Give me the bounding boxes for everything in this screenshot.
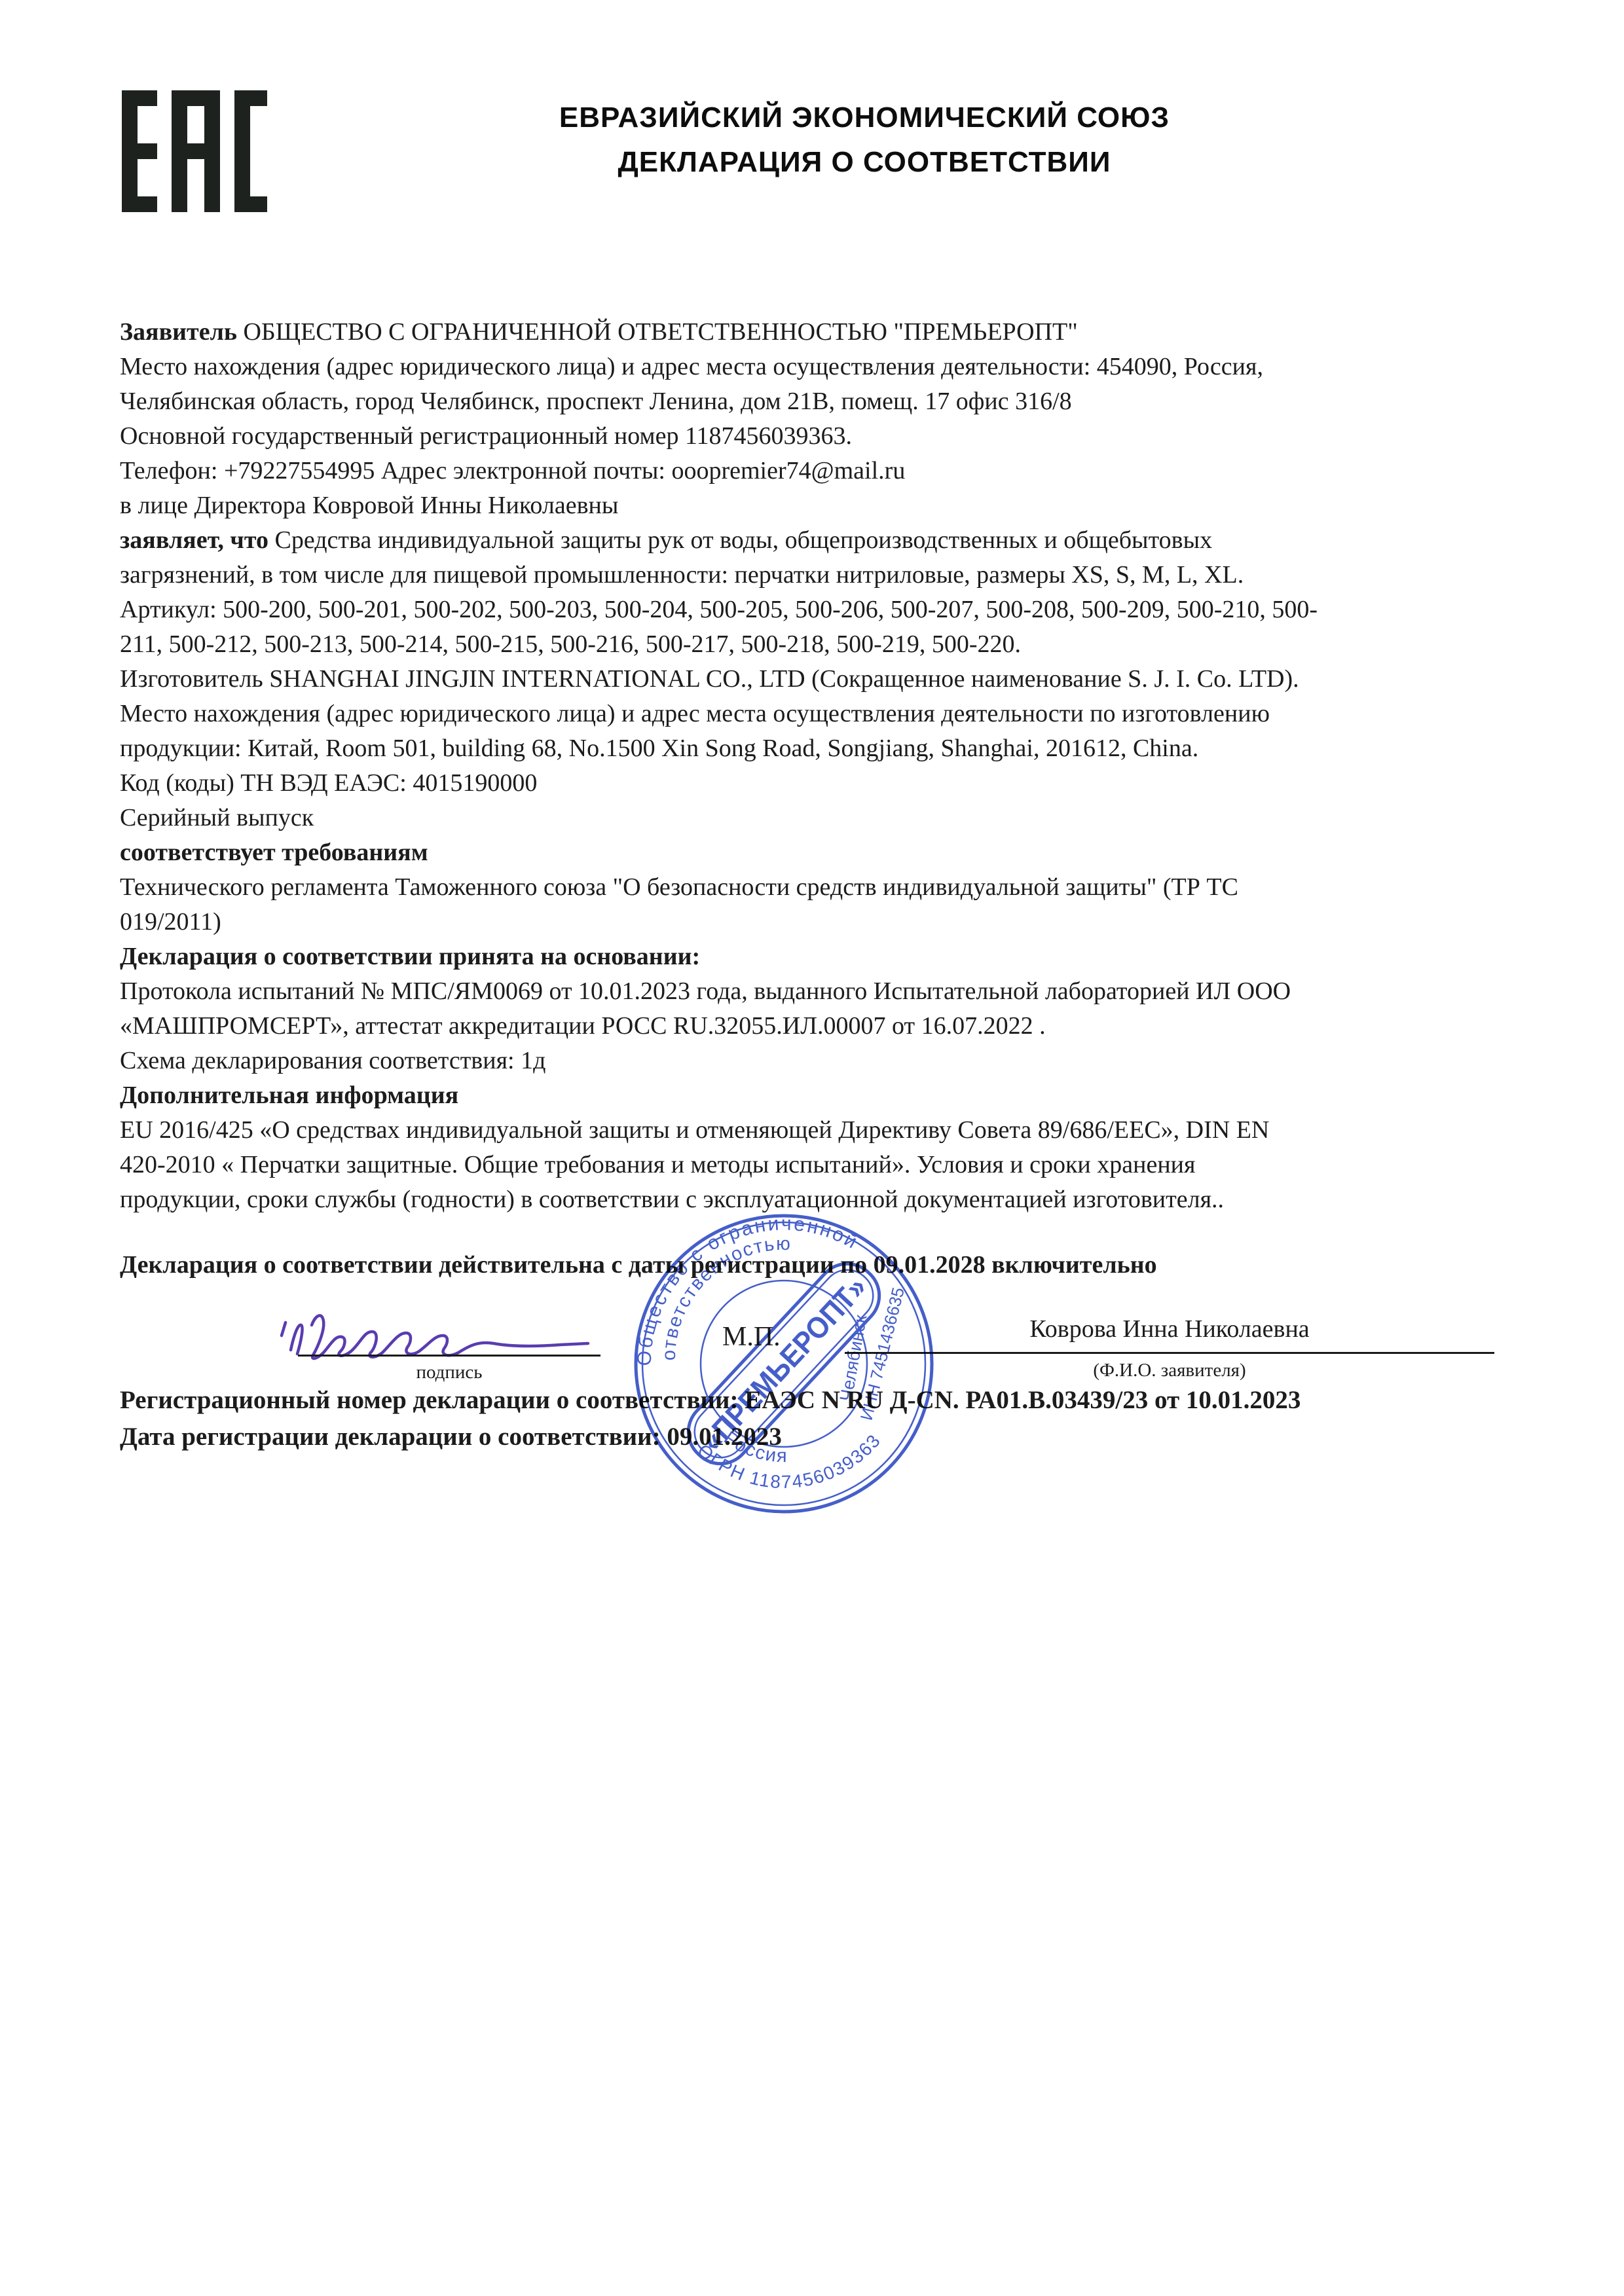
document-line: Декларация о соответствии принята на осн…	[120, 939, 1547, 974]
eac-mark-icon	[122, 90, 267, 212]
document-text: «МАШПРОМСЕРТ», аттестат аккредитации РОС…	[120, 1012, 1046, 1040]
document-line: Серийный выпуск	[120, 801, 1547, 835]
document-text: Код (коды) ТН ВЭД ЕАЭС: 4015190000	[120, 769, 537, 797]
document-line: продукции: Китай, Room 501, building 68,…	[120, 731, 1547, 766]
document-text-bold: соответствует требованиям	[120, 839, 428, 866]
document-text: 211, 500-212, 500-213, 500-214, 500-215,…	[120, 630, 1021, 658]
document-text: Технического регламента Таможенного союз…	[120, 873, 1238, 901]
signature-line	[298, 1355, 600, 1357]
document-text: ОБЩЕСТВО С ОГРАНИЧЕННОЙ ОТВЕТСТВЕННОСТЬЮ…	[243, 318, 1077, 346]
document-text: Серийный выпуск	[120, 804, 314, 831]
document-text-bold: заявляет, что	[120, 526, 275, 554]
document-text: Протокола испытаний № МПС/ЯМ0069 от 10.0…	[120, 977, 1291, 1005]
document-line: Протокола испытаний № МПС/ЯМ0069 от 10.0…	[120, 974, 1547, 1009]
document-text: Изготовитель SHANGHAI JINGJIN INTERNATIO…	[120, 665, 1299, 693]
document-line: 420-2010 « Перчатки защитные. Общие треб…	[120, 1148, 1547, 1182]
document-header: ЕВРАЗИЙСКИЙ ЭКОНОМИЧЕСКИЙ СОЮЗ ДЕКЛАРАЦИ…	[367, 96, 1362, 185]
document-line: Основной государственный регистрационный…	[120, 419, 1547, 454]
document-line: Изготовитель SHANGHAI JINGJIN INTERNATIO…	[120, 662, 1547, 697]
document-text: продукции: Китай, Room 501, building 68,…	[120, 735, 1198, 762]
document-text: Схема декларирования соответствия: 1д	[120, 1047, 545, 1074]
document-text: Место нахождения (адрес юридического лиц…	[120, 700, 1270, 727]
document-line: в лице Директора Ковровой Инны Николаевн…	[120, 488, 1547, 523]
document-text: EU 2016/425 «О средствах индивидуальной …	[120, 1116, 1269, 1144]
document-text: Артикул: 500-200, 500-201, 500-202, 500-…	[120, 596, 1318, 623]
document-text-bold: Дополнительная информация	[120, 1082, 458, 1109]
document-text: загрязнений, в том числе для пищевой про…	[120, 561, 1244, 589]
header-doc-title: ДЕКЛАРАЦИЯ О СООТВЕТСТВИИ	[367, 140, 1362, 185]
declaration-body: Заявитель ОБЩЕСТВО С ОГРАНИЧЕННОЙ ОТВЕТС…	[120, 315, 1547, 1217]
document-line: Место нахождения (адрес юридического лиц…	[120, 350, 1547, 384]
applicant-name-line	[845, 1352, 1494, 1354]
document-text: в лице Директора Ковровой Инны Николаевн…	[120, 492, 618, 519]
document-text: Телефон: +79227554995 Адрес электронной …	[120, 457, 905, 484]
document-line: Артикул: 500-200, 500-201, 500-202, 500-…	[120, 592, 1547, 627]
document-text: 019/2011)	[120, 908, 221, 936]
document-text-bold: Декларация о соответствии принята на осн…	[120, 943, 700, 970]
document-text: Место нахождения (адрес юридического лиц…	[120, 353, 1263, 380]
header-union-title: ЕВРАЗИЙСКИЙ ЭКОНОМИЧЕСКИЙ СОЮЗ	[367, 96, 1362, 140]
document-line: Телефон: +79227554995 Адрес электронной …	[120, 454, 1547, 488]
document-line: заявляет, что Средства индивидуальной за…	[120, 523, 1547, 558]
document-text: Челябинская область, город Челябинск, пр…	[120, 388, 1072, 415]
document-line: Дополнительная информация	[120, 1078, 1547, 1113]
applicant-name-caption: (Ф.И.О. заявителя)	[845, 1360, 1494, 1381]
document-text-bold: Заявитель	[120, 318, 243, 346]
document-line: соответствует требованиям	[120, 835, 1547, 870]
company-stamp: Общество с ограниченной ответственностью…	[630, 1210, 938, 1518]
document-line: 019/2011)	[120, 905, 1547, 939]
document-line: Технического регламента Таможенного союз…	[120, 870, 1547, 905]
document-text: 420-2010 « Перчатки защитные. Общие треб…	[120, 1151, 1195, 1178]
declaration-document: ЕВРАЗИЙСКИЙ ЭКОНОМИЧЕСКИЙ СОЮЗ ДЕКЛАРАЦИ…	[0, 0, 1624, 2296]
document-text: Средства индивидуальной защиты рук от во…	[275, 526, 1213, 554]
document-line: Место нахождения (адрес юридического лиц…	[120, 697, 1547, 731]
document-text: продукции, сроки службы (годности) в соо…	[120, 1186, 1224, 1213]
document-line: загрязнений, в том числе для пищевой про…	[120, 558, 1547, 592]
document-line: EU 2016/425 «О средствах индивидуальной …	[120, 1113, 1547, 1148]
signature-caption: подпись	[298, 1362, 600, 1383]
document-line: 211, 500-212, 500-213, 500-214, 500-215,…	[120, 627, 1547, 662]
document-line: «МАШПРОМСЕРТ», аттестат аккредитации РОС…	[120, 1009, 1547, 1044]
stamp-ring-text-inner: ответственностью	[659, 1233, 792, 1361]
document-line: Схема декларирования соответствия: 1д	[120, 1044, 1547, 1078]
document-line: Заявитель ОБЩЕСТВО С ОГРАНИЧЕННОЙ ОТВЕТС…	[120, 315, 1547, 350]
applicant-name: Коврова Инна Николаевна	[845, 1315, 1494, 1343]
document-text: Основной государственный регистрационный…	[120, 422, 852, 450]
document-line: Челябинская область, город Челябинск, пр…	[120, 384, 1547, 419]
document-line: Код (коды) ТН ВЭД ЕАЭС: 4015190000	[120, 766, 1547, 801]
